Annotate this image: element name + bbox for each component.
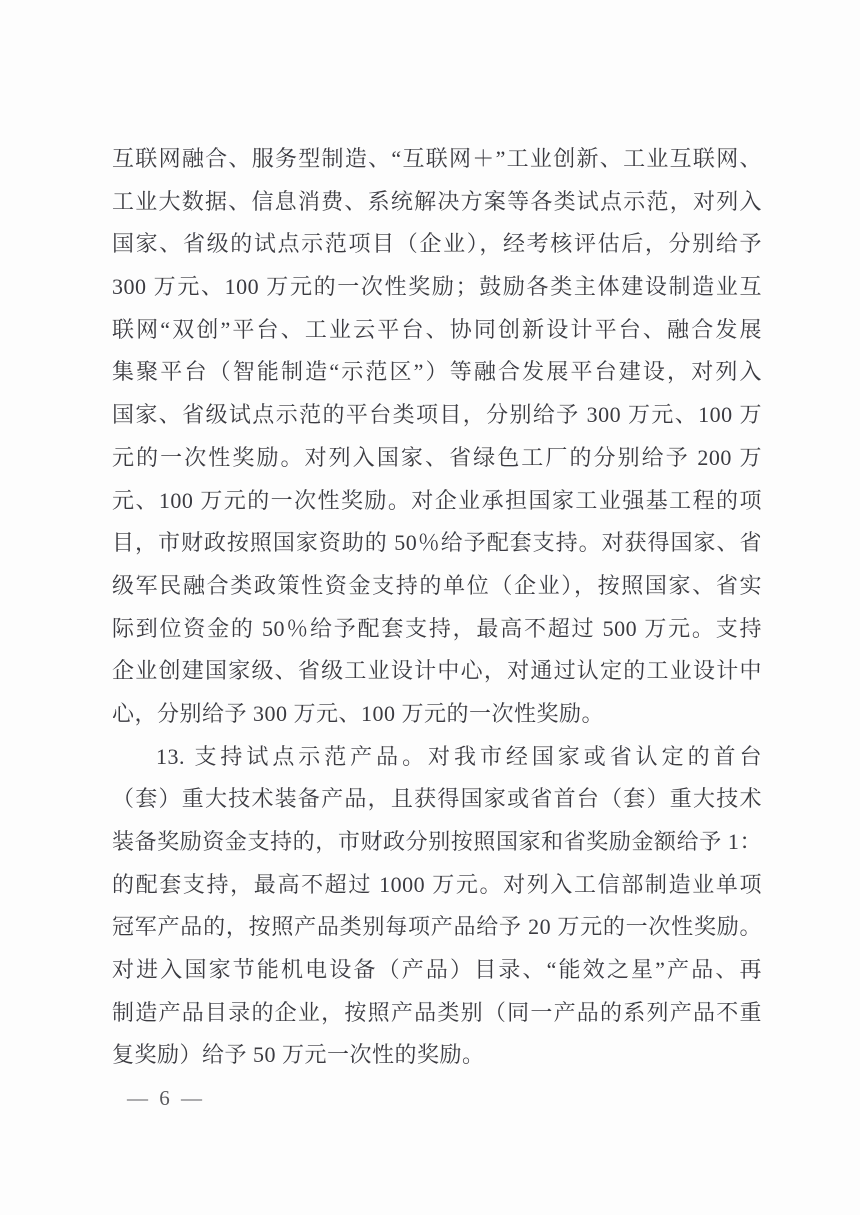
text-line: 级军民融合类政策性资金支持的单位（企业），按照国家、省实 (112, 565, 762, 608)
text-line: 13. 支持试点示范产品。对我市经国家或省认定的首台 (112, 736, 762, 779)
text-line: 工业大数据、信息消费、系统解决方案等各类试点示范，对列入 (112, 181, 762, 224)
text-line: 目，市财政按照国家资助的 50％给予配套支持。对获得国家、省 (112, 522, 762, 565)
paragraph-continuation: 互联网融合、服务型制造、“互联网＋”工业创新、工业互联网、 工业大数据、信息消费… (112, 138, 762, 736)
text-line: 300 万元、100 万元的一次性奖励；鼓励各类主体建设制造业互 (112, 266, 762, 309)
paragraph-item-13: 13. 支持试点示范产品。对我市经国家或省认定的首台 （套）重大技术装备产品，且… (112, 736, 762, 1078)
text-line: 的配套支持，最高不超过 1000 万元。对列入工信部制造业单项 (112, 864, 762, 907)
text-line: 心，分别给予 300 万元、100 万元的一次性奖励。 (112, 693, 762, 736)
text-line: 集聚平台（智能制造“示范区”）等融合发展平台建设，对列入 (112, 351, 762, 394)
text-line: 对进入国家节能机电设备（产品）目录、“能效之星”产品、再 (112, 949, 762, 992)
text-line: 国家、省级的试点示范项目（企业），经考核评估后，分别给予 (112, 223, 762, 266)
body-text: 互联网融合、服务型制造、“互联网＋”工业创新、工业互联网、 工业大数据、信息消费… (112, 138, 762, 1077)
text-line: 元、100 万元的一次性奖励。对企业承担国家工业强基工程的项 (112, 480, 762, 523)
text-line: 互联网融合、服务型制造、“互联网＋”工业创新、工业互联网、 (112, 138, 762, 181)
text-line: 冠军产品的，按照产品类别每项产品给予 20 万元的一次性奖励。 (112, 906, 762, 949)
text-line: 装备奖励资金支持的，市财政分别按照国家和省奖励金额给予 1：1 (112, 821, 762, 864)
text-line: 复奖励）给予 50 万元一次性的奖励。 (112, 1034, 762, 1077)
text-line: 联网“双创”平台、工业云平台、协同创新设计平台、融合发展 (112, 309, 762, 352)
text-line: （套）重大技术装备产品，且获得国家或省首台（套）重大技术 (112, 778, 762, 821)
text-line: 际到位资金的 50％给予配套支持，最高不超过 500 万元。支持 (112, 608, 762, 651)
text-line: 国家、省级试点示范的平台类项目，分别给予 300 万元、100 万 (112, 394, 762, 437)
text-line: 制造产品目录的企业，按照产品类别（同一产品的系列产品不重 (112, 992, 762, 1035)
page-number: — 6 — (127, 1086, 205, 1111)
document-page: 互联网融合、服务型制造、“互联网＋”工业创新、工业互联网、 工业大数据、信息消费… (0, 0, 860, 1215)
text-line: 元的一次性奖励。对列入国家、省绿色工厂的分别给予 200 万 (112, 437, 762, 480)
text-line: 企业创建国家级、省级工业设计中心，对通过认定的工业设计中 (112, 650, 762, 693)
